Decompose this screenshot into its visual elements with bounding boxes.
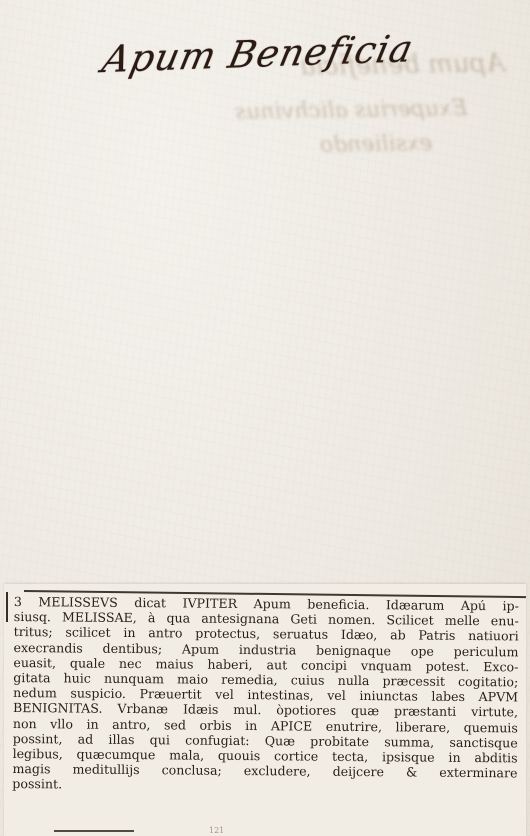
printed-paragraph: 3 MELISSEVS dicat IVPITER Apum beneficia… [12, 594, 519, 796]
slip-left-rule [6, 592, 8, 622]
printed-slip: 3 MELISSEVS dicat IVPITER Apum beneficia… [4, 584, 526, 836]
slip-bottom-rule [54, 830, 134, 832]
bleed-through-line: Exuperius alichvinus [235, 96, 468, 125]
folio-number: 121 [209, 826, 224, 835]
manuscript-page: Apum beneficia Exuperius alichvinus exsi… [0, 0, 530, 836]
bleed-through-line: exsiliendo [320, 131, 433, 158]
